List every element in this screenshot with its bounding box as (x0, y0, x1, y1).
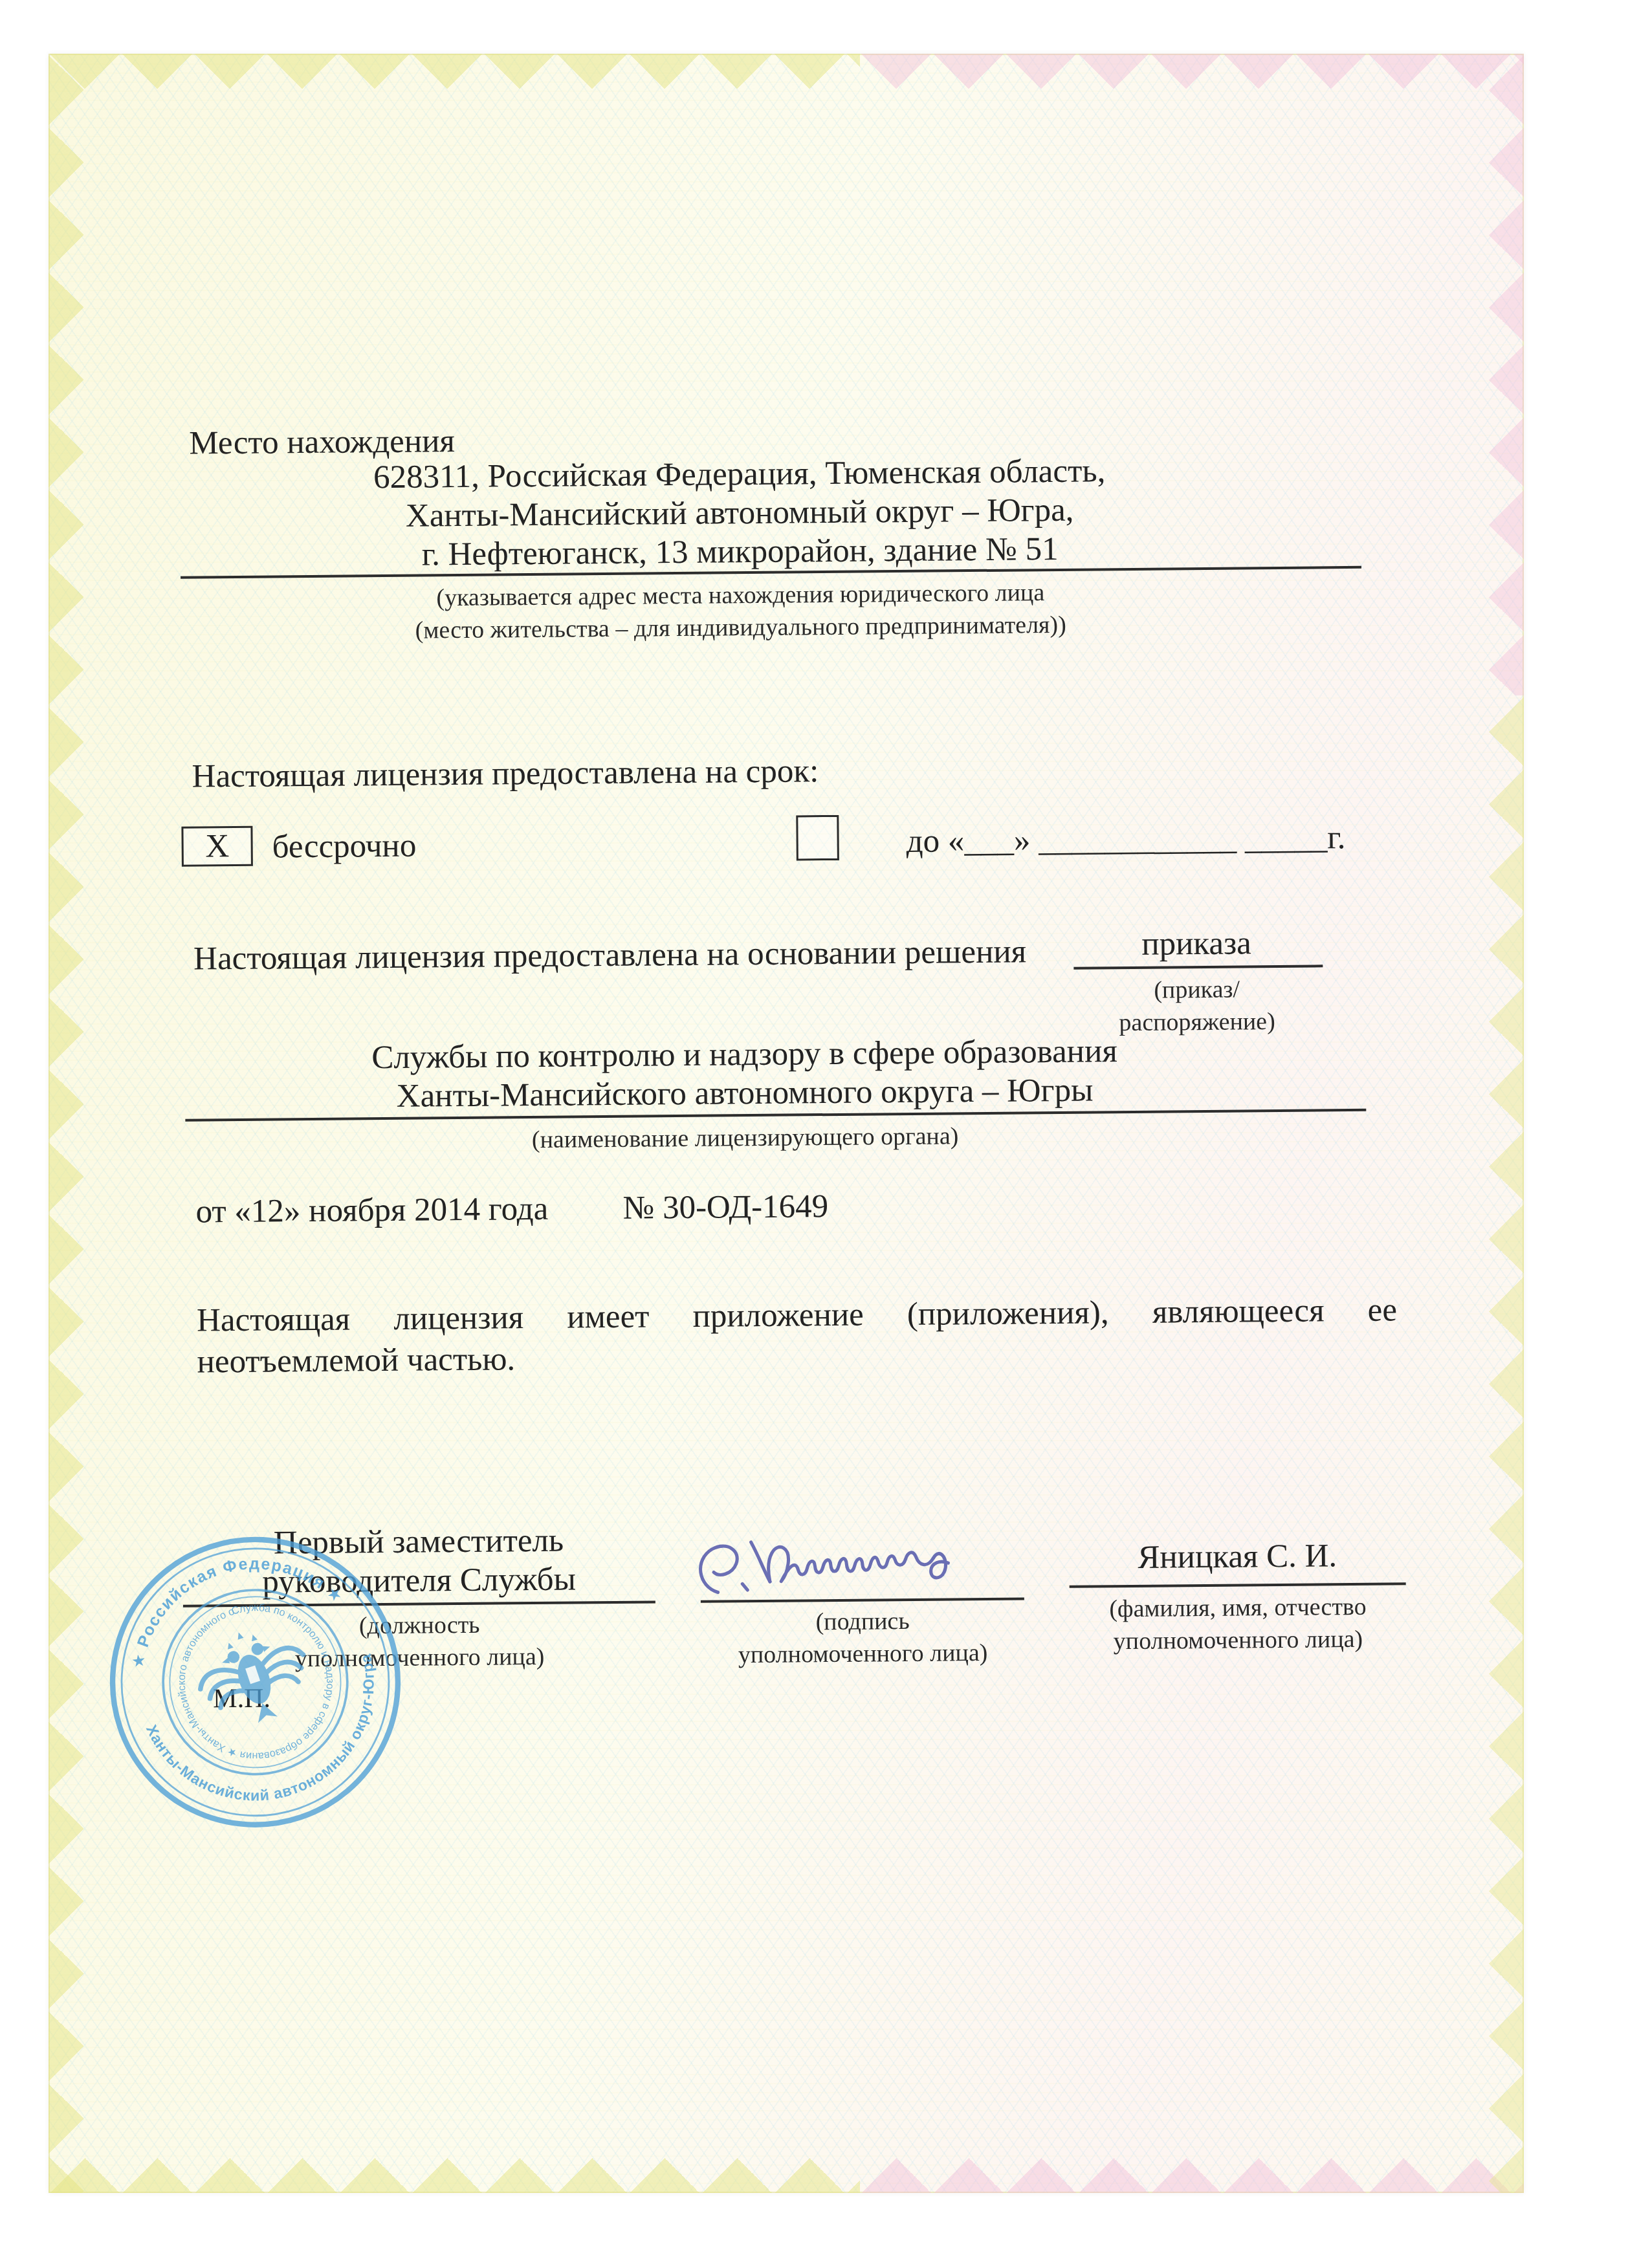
license-date: от «12» ноября 2014 года (195, 1190, 548, 1232)
signer-name: Яницкая С. И. (1069, 1536, 1406, 1578)
term-label: Настоящая лицензия предоставлена на срок… (192, 752, 819, 796)
checkbox-x-mark: X (205, 827, 229, 865)
svg-text:★ Российская Федерация ★: ★ Российская Федерация ★ (105, 1525, 349, 1675)
document-content: Место нахождения 628311, Российская Феде… (40, 47, 1534, 2199)
address-block: 628311, Российская Федерация, Тюменская … (140, 450, 1339, 576)
location-label: Место нахождения (189, 422, 455, 463)
decision-type: приказа (1022, 923, 1372, 965)
basis-label: Настоящая лицензия предоставлена на осно… (193, 932, 1026, 978)
name-underline (1070, 1582, 1406, 1588)
license-page: Место нахождения 628311, Российская Феде… (49, 54, 1524, 2193)
annex-line1: Настоящая лицензия имеет приложение (при… (197, 1290, 1397, 1340)
address-caption: (указывается адрес места нахождения юрид… (142, 574, 1339, 649)
annex-line2: неотъемлемой частью. (197, 1340, 515, 1381)
stamp-outer-top-text: ★ Российская Федерация ★ (105, 1525, 349, 1675)
scan-background: { "theme": { "page_background": "#fdfcec… (0, 0, 1650, 2268)
authority-caption: (наименование лицензирующего органа) (146, 1117, 1343, 1159)
license-number: № 30-ОД-1649 (622, 1187, 828, 1228)
decision-underline (1073, 965, 1323, 969)
until-checkbox[interactable] (796, 815, 839, 861)
until-label: до «___» ____________ _____г. (906, 818, 1345, 861)
perpetual-label: бессрочно (272, 827, 416, 867)
authority-block: Службы по контролю и надзору в сфере обр… (146, 1030, 1343, 1118)
perpetual-checkbox[interactable]: X (181, 826, 253, 867)
name-caption: (фамилия, имя, отчество уполномоченного … (1070, 1590, 1407, 1658)
